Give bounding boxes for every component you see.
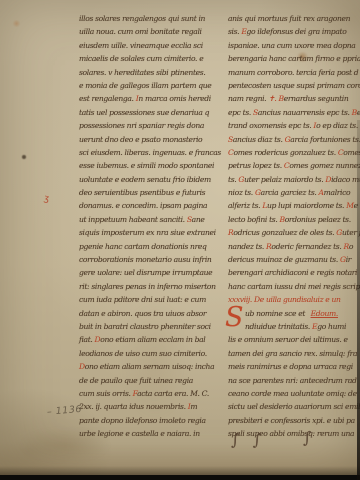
manuscript-line: presbiteri e confessoris xpi. e ubi pa <box>228 414 360 427</box>
manuscript-line: uilla noua. cum omi bonitate regali <box>79 25 209 38</box>
body-text: sci eiusdem. liberas. ingenuas. e franca… <box>79 148 221 157</box>
body-text: ceano corde mea uoluntate omiq: de <box>228 389 357 398</box>
body-text: esse iubemus. e simili modo spontanei <box>79 161 214 170</box>
descender-stroke: ∫ <box>303 428 311 447</box>
manuscript-line: pgenie hanc cartam donationis nreq <box>79 240 209 253</box>
photo-edge-bottom <box>0 475 360 480</box>
manuscript-line: tatis uel possessiones sue denariua q <box>79 106 209 119</box>
page-edge-shadow <box>0 466 360 475</box>
rubricated-text: Edoum. <box>311 309 338 318</box>
manuscript-line: trand oxomensis epc ts. Io ep diaz ts. <box>228 119 360 132</box>
body-text: o ep diaz ts. <box>316 121 358 130</box>
body-text: ane <box>192 215 205 224</box>
manuscript-line: lis e omnium seruor dei ultimus. e <box>228 333 360 346</box>
margin-correction-mark: ʒ <box>43 194 50 205</box>
body-text: ordonius pelaez ts. <box>285 215 351 224</box>
manuscript-line: ndiuidue trinitatis. Ego humi <box>228 320 360 333</box>
body-text: ub nomine sce et <box>245 309 311 318</box>
body-text: est rengalenga. <box>79 94 136 103</box>
body-text: lecto bofini ts. <box>228 215 279 224</box>
body-text: oderic fernandez ts. <box>271 242 343 251</box>
body-text: solares. v hereditates sibi ptinentes. <box>79 68 205 77</box>
manuscript-line: berengaria hanc cartam firmo e ppria <box>228 52 360 65</box>
manuscript-line: berengari archidiaconi e regis notari <box>228 266 360 279</box>
manuscript-line: de de pauilo que fuit uinea regia <box>79 374 209 387</box>
body-text: manum corroboro. tercia feria post d <box>228 68 358 77</box>
body-text: buit in baratri claustro phenniter soci <box>79 322 211 331</box>
manuscript-line: gere uolare: uel disrumpe irrumptaue <box>79 266 209 279</box>
body-text: tamen dei gra sancio rex. simulq: fra <box>228 349 357 358</box>
body-text: malrico <box>324 188 351 197</box>
manuscript-line: petrus lopez ts. Comes gomez nunnez <box>228 159 360 172</box>
body-text: donamus. e concedim. ipsam pagina <box>79 201 207 210</box>
body-text: n marca omis heredi <box>138 94 211 103</box>
body-text: ndiuidue trinitatis. <box>245 322 312 331</box>
manuscript-line: fiat. Dono etiam aliam ecclam in bal <box>79 333 209 346</box>
body-text: sis. <box>228 27 241 36</box>
manuscript-line: datan e abiron. quos tra uiuos absor <box>79 307 209 320</box>
manuscript-line: uerunt dno deo e psato monasterio <box>79 133 209 146</box>
manuscript-line: pentecosten usque supsi primam coro <box>228 79 360 92</box>
manuscript-line: Sub nomine sce et Edoum. <box>228 307 360 320</box>
manuscript-line: deo seruientibus psentibus e futuris <box>79 186 209 199</box>
body-text: eiusdem uille. vineamque ecclia sci <box>79 41 203 50</box>
manuscript-line: donamus. e concedim. ipsam pagina <box>79 199 209 212</box>
manuscript-line: anis qui mortuus fuit rex aragonen <box>228 12 360 25</box>
body-text: sictu uel desiderio auariorum sci emili <box>228 402 360 411</box>
manuscript-line: manum corroboro. tercia feria post d <box>228 66 360 79</box>
body-text: go ildefonsus dei gra impato <box>247 27 347 36</box>
body-text: ancius nauarrensis epc ts. <box>258 108 352 117</box>
manuscript-line: nam regni. ✝. Bernardus seguntin <box>228 92 360 105</box>
body-text: epc ts. <box>228 108 253 117</box>
body-text: pante dopno ildefonso imoleto regia <box>79 416 206 425</box>
body-text: o <box>349 242 353 251</box>
body-text: arcia fortuniones ts. <box>290 135 360 144</box>
manuscript-line: illos solares rengalengos qui sunt in <box>79 12 209 25</box>
manuscript-line: siquis imposterum ex nra siue extranei <box>79 226 209 239</box>
body-text: ispaniae. una cum uxore mea dopna <box>228 41 355 50</box>
body-text: hanc cartam iussu dni mei regis scrip <box>228 282 360 291</box>
manuscript-line: 2xx. ij. quarta idus nouembris. Im <box>79 400 209 413</box>
body-text: odricus gonzaluez de oles ts. <box>233 228 336 237</box>
manuscript-line: ispaniae. una cum uxore mea dopna <box>228 39 360 52</box>
manuscript-line: tamen dei gra sancio rex. simulq: fra <box>228 347 360 360</box>
body-text: arcia garciez ts. <box>261 188 319 197</box>
body-text: go humi <box>317 322 346 331</box>
manuscript-line: cum iuda pditore dni sui luat: e cum <box>79 293 209 306</box>
rubricated-text: M <box>346 201 353 210</box>
manuscript-line: ts. Guter pelaiz maiordo ts. Didaco mu <box>228 173 360 186</box>
body-text: pgenie hanc cartam donationis nreq <box>79 242 207 251</box>
body-text: de de pauilo que fuit uinea regia <box>79 376 193 385</box>
manuscript-line: epc ts. Sancius nauarrensis epc ts. Ber <box>228 106 360 119</box>
body-text: idaco mu <box>331 175 360 184</box>
body-text: leodianos de uiso cum suo cimiterio. <box>79 349 207 358</box>
text-column-right: anis qui mortuus fuit rex aragonensis. E… <box>228 12 360 441</box>
body-text: ono etiam aliam ecclam in bal <box>100 335 205 344</box>
rubricated-text: ✝. <box>268 94 278 103</box>
manuscript-line: dericus muinoz de guzmanu ts. Gir <box>228 253 360 266</box>
body-text: presbiteri e confessoris xpi. e ubi pa <box>228 416 355 425</box>
body-text: pentecosten usque supsi primam coro <box>228 81 360 90</box>
body-text: ut inppetuum habeant sanciti. <box>79 215 187 224</box>
rubric-line: xxxviij. De uilla gundisaluiz e un <box>228 293 360 306</box>
parchment-stain <box>12 20 21 27</box>
body-text: nam regni. <box>228 94 268 103</box>
manuscript-line: meis ranimirus e dopna urraca regi <box>228 360 360 373</box>
manuscript-line: eiusdem uille. vineamque ecclia sci <box>79 39 209 52</box>
parchment-stain <box>22 155 26 159</box>
manuscript-line: solares. v hereditates sibi ptinentes. <box>79 66 209 79</box>
rubricated-text: xxxviij. De uilla gundisaluiz e un <box>228 295 341 304</box>
body-text: gere uolare: uel disrumpe irrumptaue <box>79 268 212 277</box>
body-text: berengaria hanc cartam firmo e ppria <box>228 54 360 63</box>
body-text: lis e omnium seruor dei ultimus. e <box>228 335 348 344</box>
manuscript-line: cum suis orris. Facta carta era. M. C. <box>79 387 209 400</box>
manuscript-line: nioz ts. Garcia garciez ts. Amalrico <box>228 186 360 199</box>
body-text: ts. <box>228 175 238 184</box>
manuscript-line: micaelis de solales cum cimiterio. e <box>79 52 209 65</box>
body-text: e monia de gallegos illam partem que <box>79 81 211 90</box>
body-text: acta carta era. M. C. <box>137 389 209 398</box>
manuscript-line: sictu uel desiderio auariorum sci emili <box>228 400 360 413</box>
manuscript-line: esse iubemus. e simili modo spontanei <box>79 159 209 172</box>
body-text: micaelis de solales cum cimiterio. e <box>79 54 203 63</box>
body-text: m <box>190 402 197 411</box>
manuscript-line: corroborationis monetario ausu infrin <box>79 253 209 266</box>
descender-stroke: ∫ <box>253 430 262 449</box>
manuscript-line: sci eiusdem. liberas. ingenuas. e franca… <box>79 146 209 159</box>
body-text: na sce parentes nri: antecedrum rad <box>228 376 357 385</box>
manuscript-line: Dono etiam aliam sernam uisoq: incha <box>79 360 209 373</box>
manuscript-line: nandez ts. Roderic fernandez ts. Ro <box>228 240 360 253</box>
manuscript-line: ut inppetuum habeant sanciti. Sane <box>79 213 209 226</box>
manuscript-line: urbe legione e castella e naiara. in <box>79 427 209 440</box>
text-column-left: illos solares rengalengos qui sunt inuil… <box>79 12 209 441</box>
body-text: urbe legione e castella e naiara. in <box>79 429 200 438</box>
manuscript-line: Comes rodericus gonzaluez ts. Comes <box>228 146 360 159</box>
manuscript-line: na sce parentes nri: antecedrum rad <box>228 374 360 387</box>
body-text: petrus lopez ts. <box>228 161 284 170</box>
body-text: cum iuda pditore dni sui luat: e cum <box>79 295 206 304</box>
body-text: deo seruientibus psentibus e futuris <box>79 188 205 197</box>
body-text: up lupi maiordome ts. <box>267 201 346 210</box>
body-text: uerunt dno deo e psato monasterio <box>79 135 202 144</box>
manuscript-line: e monia de gallegos illam partem que <box>79 79 209 92</box>
body-text: ir <box>346 255 351 264</box>
manuscript-line: Sancius diaz ts. Garcia fortuniones ts. <box>228 133 360 146</box>
body-text: alferiz ts. <box>228 201 262 210</box>
manuscript-line: buit in baratri claustro phenniter soci <box>79 320 209 333</box>
body-text: datan e abiron. quos tra uiuos absor <box>79 309 206 318</box>
manuscript-line: leodianos de uiso cum suo cimiterio. <box>79 347 209 360</box>
body-text: tatis uel possessiones sue denariua q <box>79 108 209 117</box>
body-text: ernardus seguntin <box>284 94 349 103</box>
manuscript-line: ceano corde mea uoluntate omiq: de <box>228 387 360 400</box>
manuscript-line: lecto bofini ts. Bordonius pelaez ts. <box>228 213 360 226</box>
descender-stroke: ∫ <box>231 430 239 449</box>
body-text: meis ranimirus e dopna urraca regi <box>228 362 353 371</box>
manuscript-line: uoluntate e eodem senatu frio ibidem <box>79 173 209 186</box>
body-text: uilla noua. cum omi bonitate regali <box>79 27 202 36</box>
manuscript-line: sis. Ego ildefonsus dei gra impato <box>228 25 360 38</box>
manuscript-line: rit: singlares penas in inferno miserton <box>79 280 209 293</box>
body-text: ancius diaz ts. <box>233 135 285 144</box>
body-text: omes rodericus gonzaluez ts. <box>233 148 337 157</box>
body-text: omes gomez nunnez <box>289 161 360 170</box>
body-text: rit: singlares penas in inferno miserton <box>79 282 216 291</box>
body-text: dericus muinoz de guzmanu ts. <box>228 255 340 264</box>
manuscript-line: possessiones nri spaniar regis dona <box>79 119 209 132</box>
body-text: anis qui mortuus fuit rex aragonen <box>228 14 350 23</box>
body-text: siquis imposterum ex nra siue extranei <box>79 228 216 237</box>
manuscript-line: alferiz ts. Lup lupi maiordome ts. Me <box>228 199 360 212</box>
body-text: trand oxomensis epc ts. <box>228 121 313 130</box>
manuscript-line: est rengalenga. In marca omis heredi <box>79 92 209 105</box>
manuscript-line: spali supeo abbi omibsq: rerum una <box>228 427 360 440</box>
body-text: 2xx. ij. quarta idus nouembris. <box>79 402 188 411</box>
body-text: corroborationis monetario ausu infrin <box>79 255 211 264</box>
manuscript-page: illos solares rengalengos qui sunt inuil… <box>0 0 360 480</box>
body-text: berengari archidiaconi e regis notari <box>228 268 357 277</box>
body-text: possessiones nri spaniar regis dona <box>79 121 204 130</box>
manuscript-line: Rodricus gonzaluez de oles ts. Guter fer <box>228 226 360 239</box>
manuscript-line: pante dopno ildefonso imoleto regia <box>79 414 209 427</box>
body-text: uter pelaiz maiordo ts. <box>244 175 325 184</box>
body-text: nioz ts. <box>228 188 255 197</box>
body-text: ono etiam aliam sernam uisoq: incha <box>85 362 215 371</box>
body-text: illos solares rengalengos qui sunt in <box>79 14 205 23</box>
body-text: spali supeo abbi omibsq: rerum una <box>228 429 354 438</box>
body-text: cum suis orris. <box>79 389 133 398</box>
body-text: fiat. <box>79 335 95 344</box>
body-text: uoluntate e eodem senatu frio ibidem <box>79 175 211 184</box>
body-text: nandez ts. <box>228 242 266 251</box>
manuscript-line: hanc cartam iussu dni mei regis scrip <box>228 280 360 293</box>
